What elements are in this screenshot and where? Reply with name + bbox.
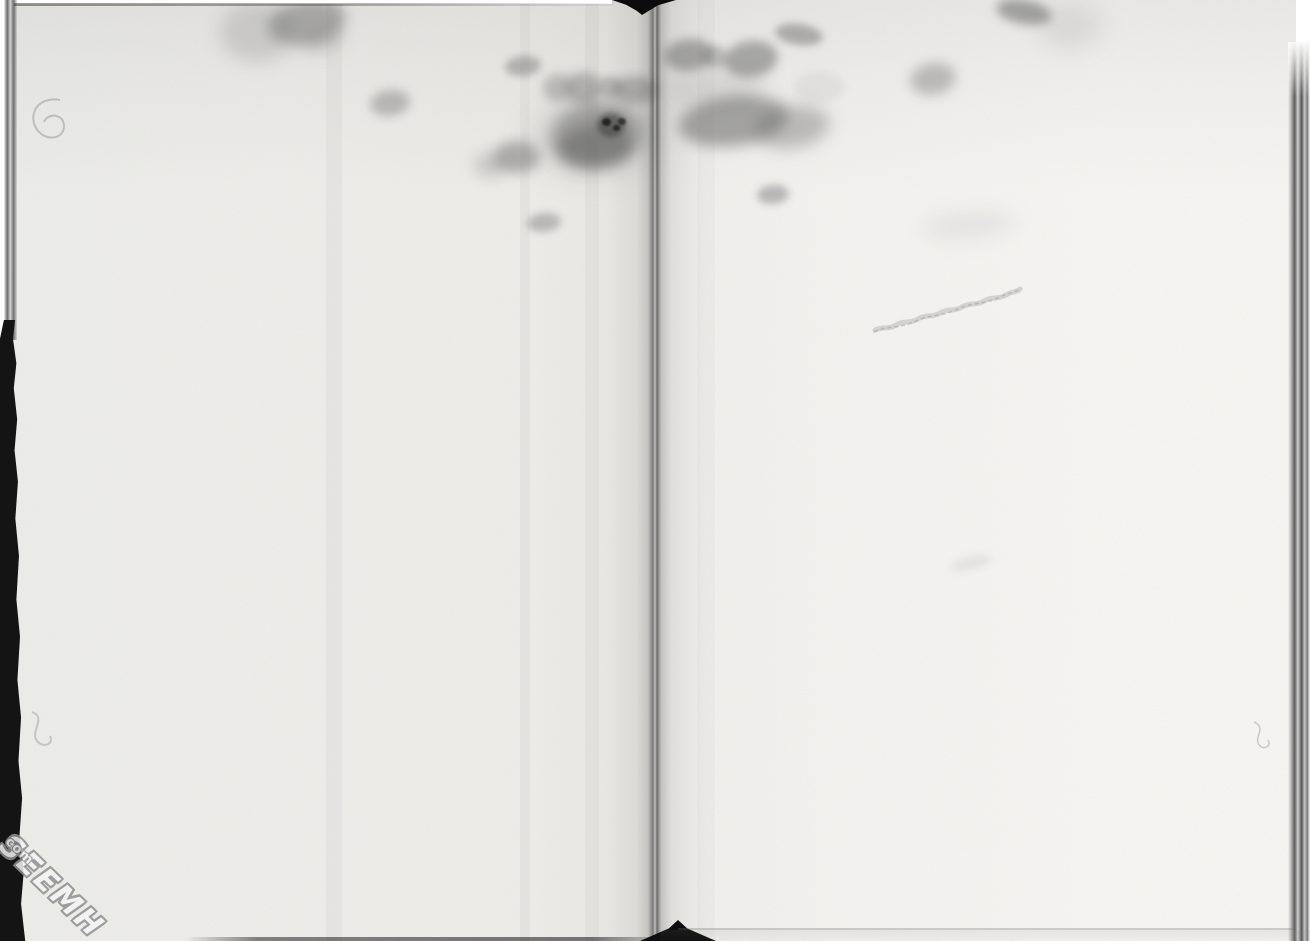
stain <box>1038 4 1102 48</box>
stain <box>949 551 993 575</box>
bottom-edge-shadow <box>185 937 665 941</box>
book-gutter <box>606 0 706 941</box>
stain <box>756 184 790 206</box>
stain <box>368 87 411 118</box>
right-page-edges-fade <box>1288 42 1310 97</box>
curl-mark-top-left <box>20 92 80 152</box>
pencil-scrawl <box>870 280 1025 340</box>
left-book-edge <box>4 0 17 340</box>
stain <box>474 152 506 178</box>
stain <box>908 59 959 99</box>
left-page-top-edge <box>14 3 614 6</box>
stain <box>774 21 824 48</box>
stain <box>794 72 844 102</box>
curl-mark-right-edge <box>1248 718 1276 754</box>
right-page-edges <box>1288 42 1310 941</box>
stain <box>526 211 562 233</box>
bottom-edge-shading <box>660 930 1310 941</box>
stain <box>921 207 1018 244</box>
curl-mark-bottom-left <box>22 706 62 758</box>
stain <box>504 54 542 77</box>
scanned-book-spread: SEEMHcom <box>0 0 1315 941</box>
